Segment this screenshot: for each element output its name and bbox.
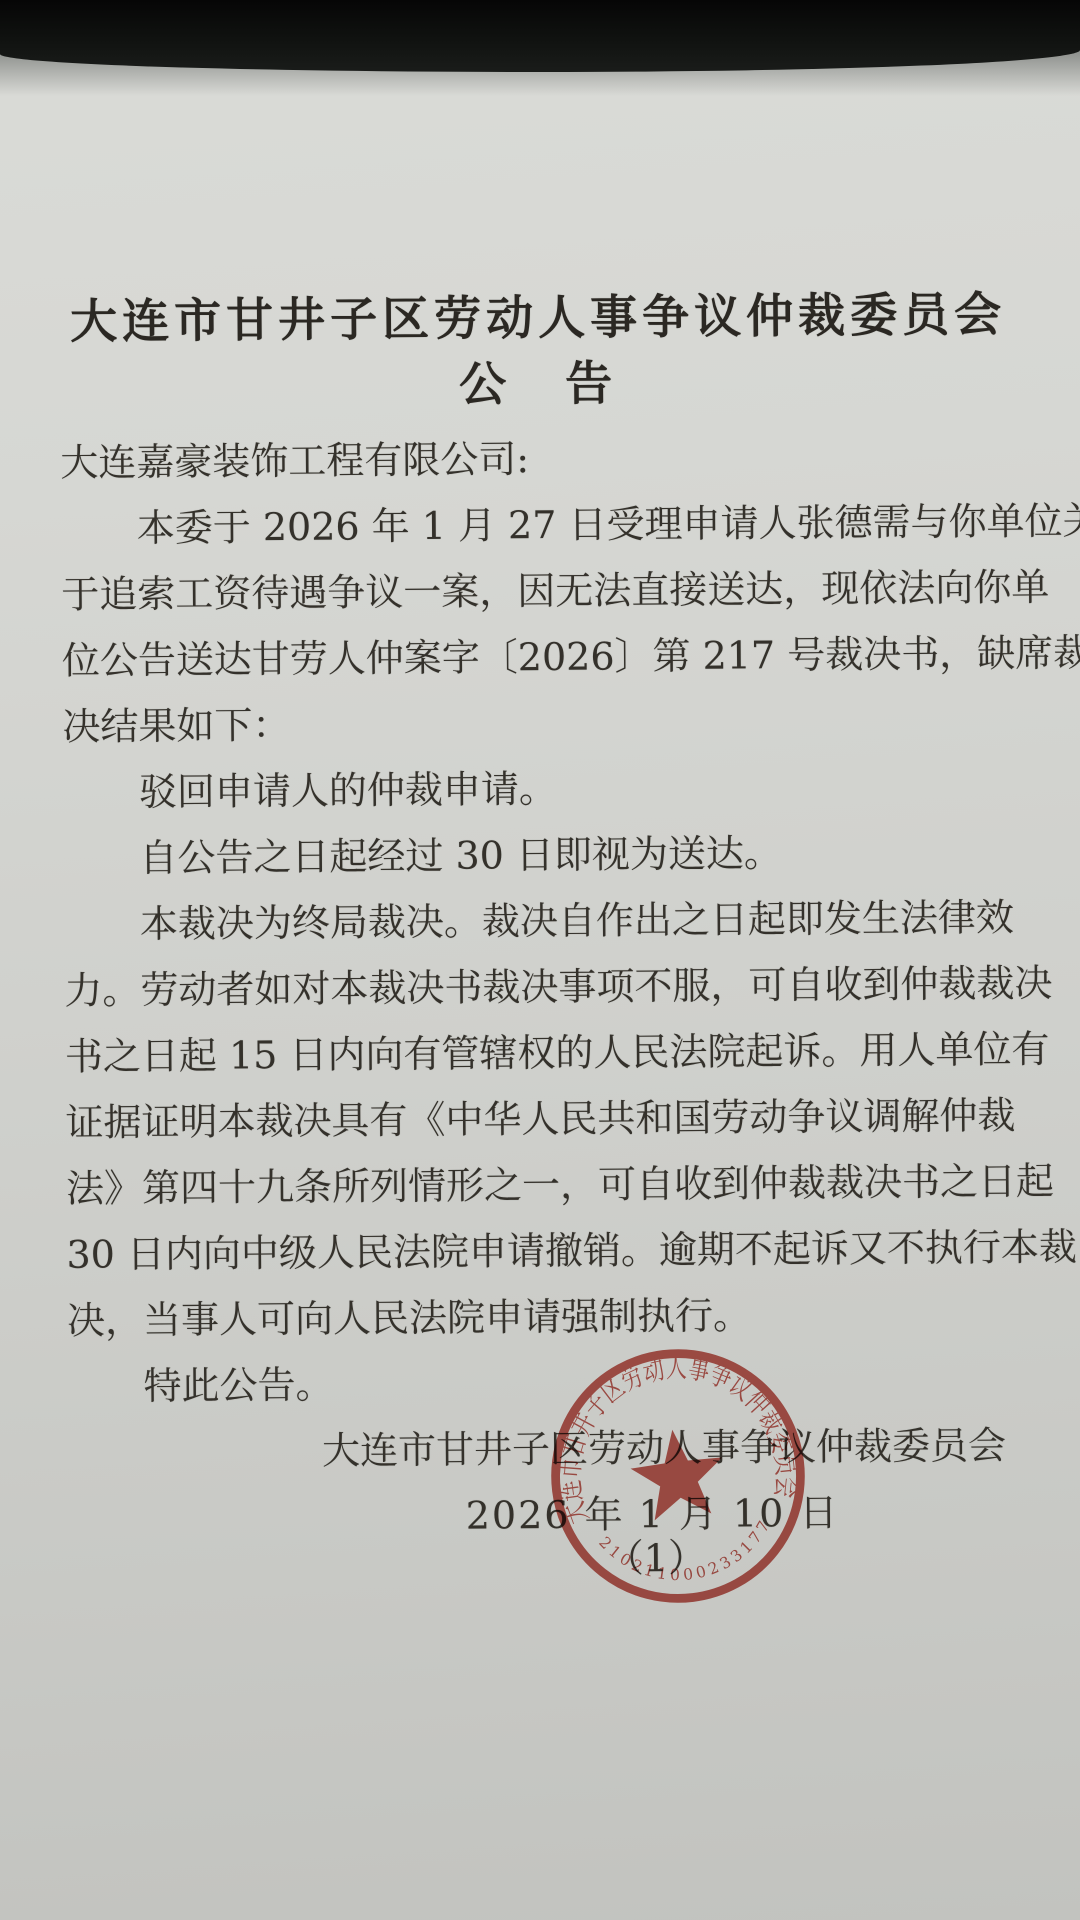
body-line: 证据证明本裁决具有《中华人民共和国劳动争议调解仲裁 bbox=[65, 1082, 1023, 1156]
official-seal: 大连市甘井子区劳动人事争议仲裁委员会 210211000233177 bbox=[526, 1324, 829, 1627]
star-icon bbox=[626, 1424, 728, 1522]
body-line: 决，当事人可向人民法院申请强制执行。 bbox=[67, 1280, 1025, 1354]
body-line: 法》第四十九条所列情形之一，可自收到仲裁裁决书之日起 bbox=[66, 1148, 1024, 1222]
addressee-line: 大连嘉豪装饰工程有限公司: bbox=[60, 422, 1018, 496]
page-subtitle: 公 告 bbox=[59, 348, 1017, 422]
body-line: 书之日起 15 日内向有管辖权的人民法院起诉。用人单位有 bbox=[65, 1016, 1023, 1090]
notice-body: 本委于 2026 年 1 月 27 日受理申请人张德需与你单位关于追索工资待遇争… bbox=[61, 488, 1026, 1419]
photo-edge-black-band bbox=[0, 0, 1080, 72]
body-line: 本委于 2026 年 1 月 27 日受理申请人张德需与你单位关 bbox=[61, 488, 1019, 562]
body-line: 30 日内向中级人民法院申请撤销。逾期不起诉又不执行本裁 bbox=[66, 1214, 1024, 1288]
body-line: 力。劳动者如对本裁决书裁决事项不服，可自收到仲裁裁决 bbox=[64, 950, 1022, 1024]
document-photo: 大连市甘井子区劳动人事争议仲裁委员会 公 告 大连嘉豪装饰工程有限公司: 本委于… bbox=[0, 0, 1080, 1920]
body-line: 本裁决为终局裁决。裁决自作出之日起即发生法律效 bbox=[64, 884, 1022, 958]
body-line: 自公告之日起经过 30 日即视为送达。 bbox=[63, 818, 1021, 892]
body-line: 决结果如下： bbox=[62, 686, 1020, 760]
body-line: 于追索工资待遇争议一案，因无法直接送达，现依法向你单 bbox=[61, 554, 1019, 628]
body-line: 驳回申请人的仲裁申请。 bbox=[63, 752, 1021, 826]
body-line: 位公告送达甘劳人仲案字〔2026〕第 217 号裁决书，缺席裁 bbox=[62, 620, 1020, 694]
page-title: 大连市甘井子区劳动人事争议仲裁委员会 bbox=[59, 282, 1017, 356]
